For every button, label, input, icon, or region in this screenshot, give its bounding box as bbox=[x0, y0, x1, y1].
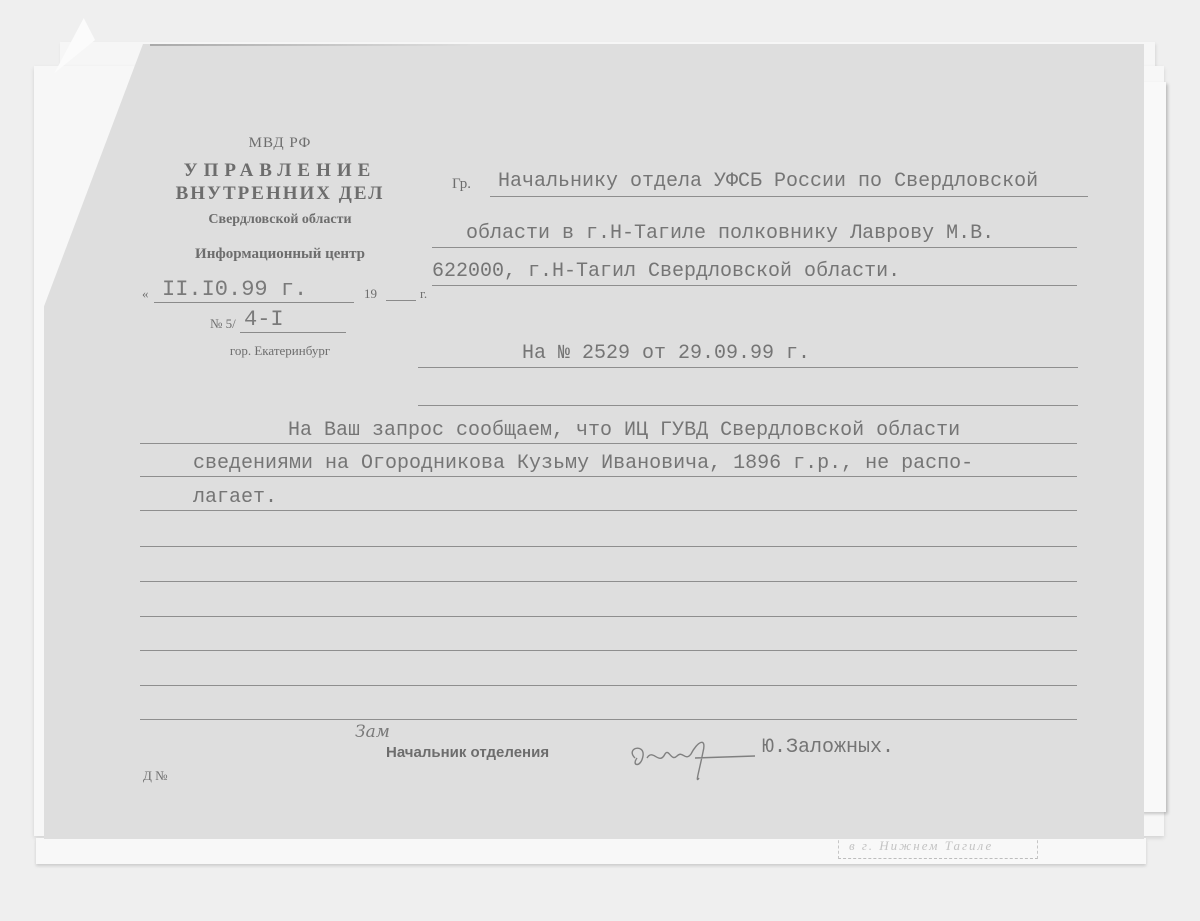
ruled-line bbox=[418, 405, 1078, 406]
year-suffix: г. bbox=[420, 286, 427, 302]
signatory-title: Начальник отделения bbox=[386, 744, 549, 761]
year-prefix: 19 bbox=[364, 286, 377, 302]
ruled-line bbox=[140, 685, 1077, 686]
number-value: 4-I bbox=[240, 308, 346, 333]
ruled-line bbox=[140, 616, 1077, 617]
handwritten-signature-icon bbox=[625, 728, 765, 788]
ruled-line bbox=[140, 581, 1077, 582]
date-value: II.I0.99 г. bbox=[154, 278, 354, 303]
city: гор. Екатеринбург bbox=[190, 343, 370, 359]
document-date: « II.I0.99 г. 19 г. bbox=[142, 280, 432, 304]
agency-title-line2: ВНУТРЕННИХ ДЕЛ bbox=[150, 183, 410, 205]
addressee-prefix: Гр. bbox=[452, 176, 471, 193]
reference-line: На № 2529 от 29.09.99 г. bbox=[418, 340, 1078, 368]
addressee-line-2: области в г.Н-Тагиле полковнику Лаврову … bbox=[432, 220, 1077, 248]
document-number: № 5/ 4-I bbox=[210, 308, 360, 332]
number-label: № 5/ bbox=[210, 316, 236, 332]
handwritten-deputy-note: Зам bbox=[355, 722, 390, 742]
year-blank bbox=[386, 300, 416, 301]
agency-short: МВД РФ bbox=[150, 135, 410, 152]
addressee-line-3: 622000, г.Н-Тагил Свердловской области. bbox=[432, 258, 1077, 286]
file-number-label: Д № bbox=[143, 768, 168, 784]
ruled-line bbox=[140, 650, 1077, 651]
ruled-line bbox=[140, 546, 1077, 547]
agency-region: Свердловской области bbox=[150, 212, 410, 228]
signatory-name: Ю.Заложных. bbox=[762, 736, 894, 759]
body-line-2: сведениями на Огородникова Кузьму Иванов… bbox=[140, 451, 1077, 477]
ruled-line bbox=[140, 719, 1077, 720]
body-line-1: На Ваш запрос сообщаем, что ИЦ ГУВД Свер… bbox=[140, 418, 1077, 444]
agency-title-line1: УПРАВЛЕНИЕ bbox=[150, 160, 410, 182]
top-edge-mark bbox=[150, 44, 470, 46]
date-quote: « bbox=[142, 286, 149, 302]
body-line-3: лагает. bbox=[140, 485, 1077, 511]
department-name: Информационный центр bbox=[150, 246, 410, 263]
addressee-line-1: Начальнику отдела УФСБ России по Свердло… bbox=[490, 168, 1088, 197]
